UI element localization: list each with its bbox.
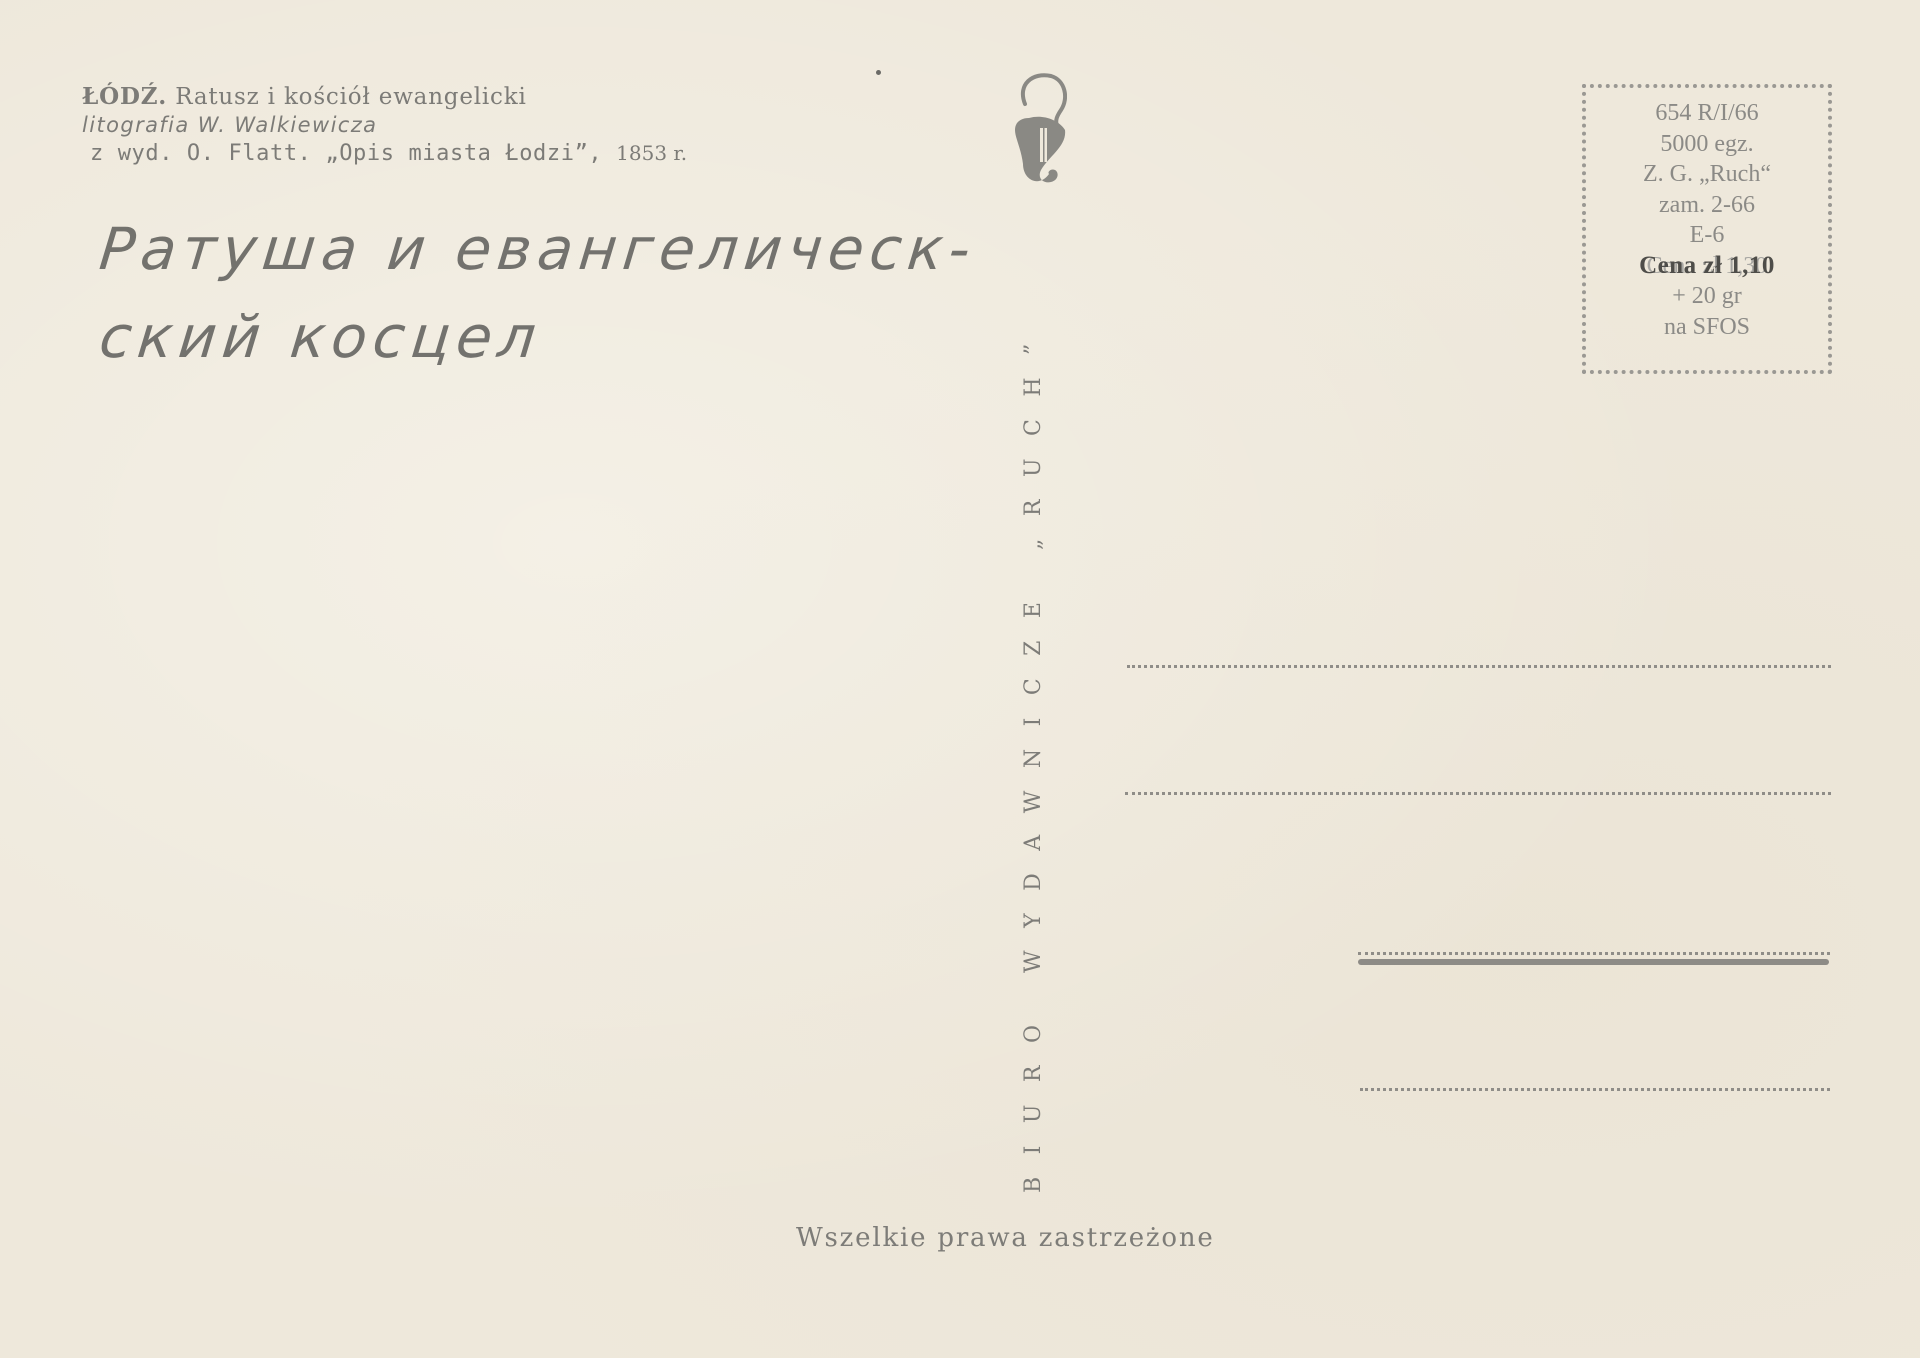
print-details: 654 R/I/66 5000 egz. Z. G. „Ruch“ zam. 2…	[1586, 98, 1828, 342]
handwritten-note: Ратуша и евангелическ- ский косцел	[100, 205, 976, 381]
handwritten-line-1: Ратуша и евангелическ-	[95, 205, 980, 293]
address-line-3-underline	[1358, 959, 1829, 965]
publisher-vertical-imprint: BIURO WYDAWNICZE „RUCH”	[1021, 321, 1046, 1193]
edition-code: E-6	[1586, 220, 1828, 251]
surcharge: + 20 gr	[1586, 281, 1828, 312]
caption-subject: Ratusz i kościół ewangelicki	[175, 84, 526, 110]
caption-block: ŁÓDŹ. Ratusz i kościół ewangelicki litog…	[82, 82, 687, 169]
caption-source-text: z wyd. O. Flatt. „Opis miasta Łodzi”,	[90, 141, 602, 166]
caption-title: ŁÓDŹ. Ratusz i kościół ewangelicki	[82, 82, 687, 112]
price-overprint: Cena zł 1,10	[1586, 251, 1828, 282]
caption-year: 1853 r.	[616, 141, 687, 165]
order-code: zam. 2-66	[1586, 190, 1828, 221]
price-row: Cena zł 1,30 Cena zł 1,10	[1586, 251, 1828, 282]
stamp-box: 654 R/I/66 5000 egz. Z. G. „Ruch“ zam. 2…	[1582, 84, 1832, 374]
handwritten-line-2: ский косцел	[95, 293, 980, 381]
address-line-3	[1358, 952, 1830, 955]
caption-city: ŁÓDŹ.	[82, 83, 167, 110]
print-run: 5000 egz.	[1586, 129, 1828, 160]
address-line-2	[1125, 792, 1831, 795]
address-line-1	[1127, 665, 1831, 668]
address-line-4	[1360, 1088, 1830, 1091]
printer: Z. G. „Ruch“	[1586, 159, 1828, 190]
print-order-number: 654 R/I/66	[1586, 98, 1828, 129]
rights-notice: Wszelkie prawa zastrzeżone	[796, 1223, 1215, 1253]
caption-lithograph-credit: litografia W. Walkiewicza	[82, 112, 687, 138]
caption-source: z wyd. O. Flatt. „Opis miasta Łodzi”, 18…	[90, 138, 687, 169]
surcharge-target: na SFOS	[1586, 312, 1828, 343]
ruch-logo-icon	[1003, 68, 1067, 198]
ink-speck	[876, 70, 881, 75]
